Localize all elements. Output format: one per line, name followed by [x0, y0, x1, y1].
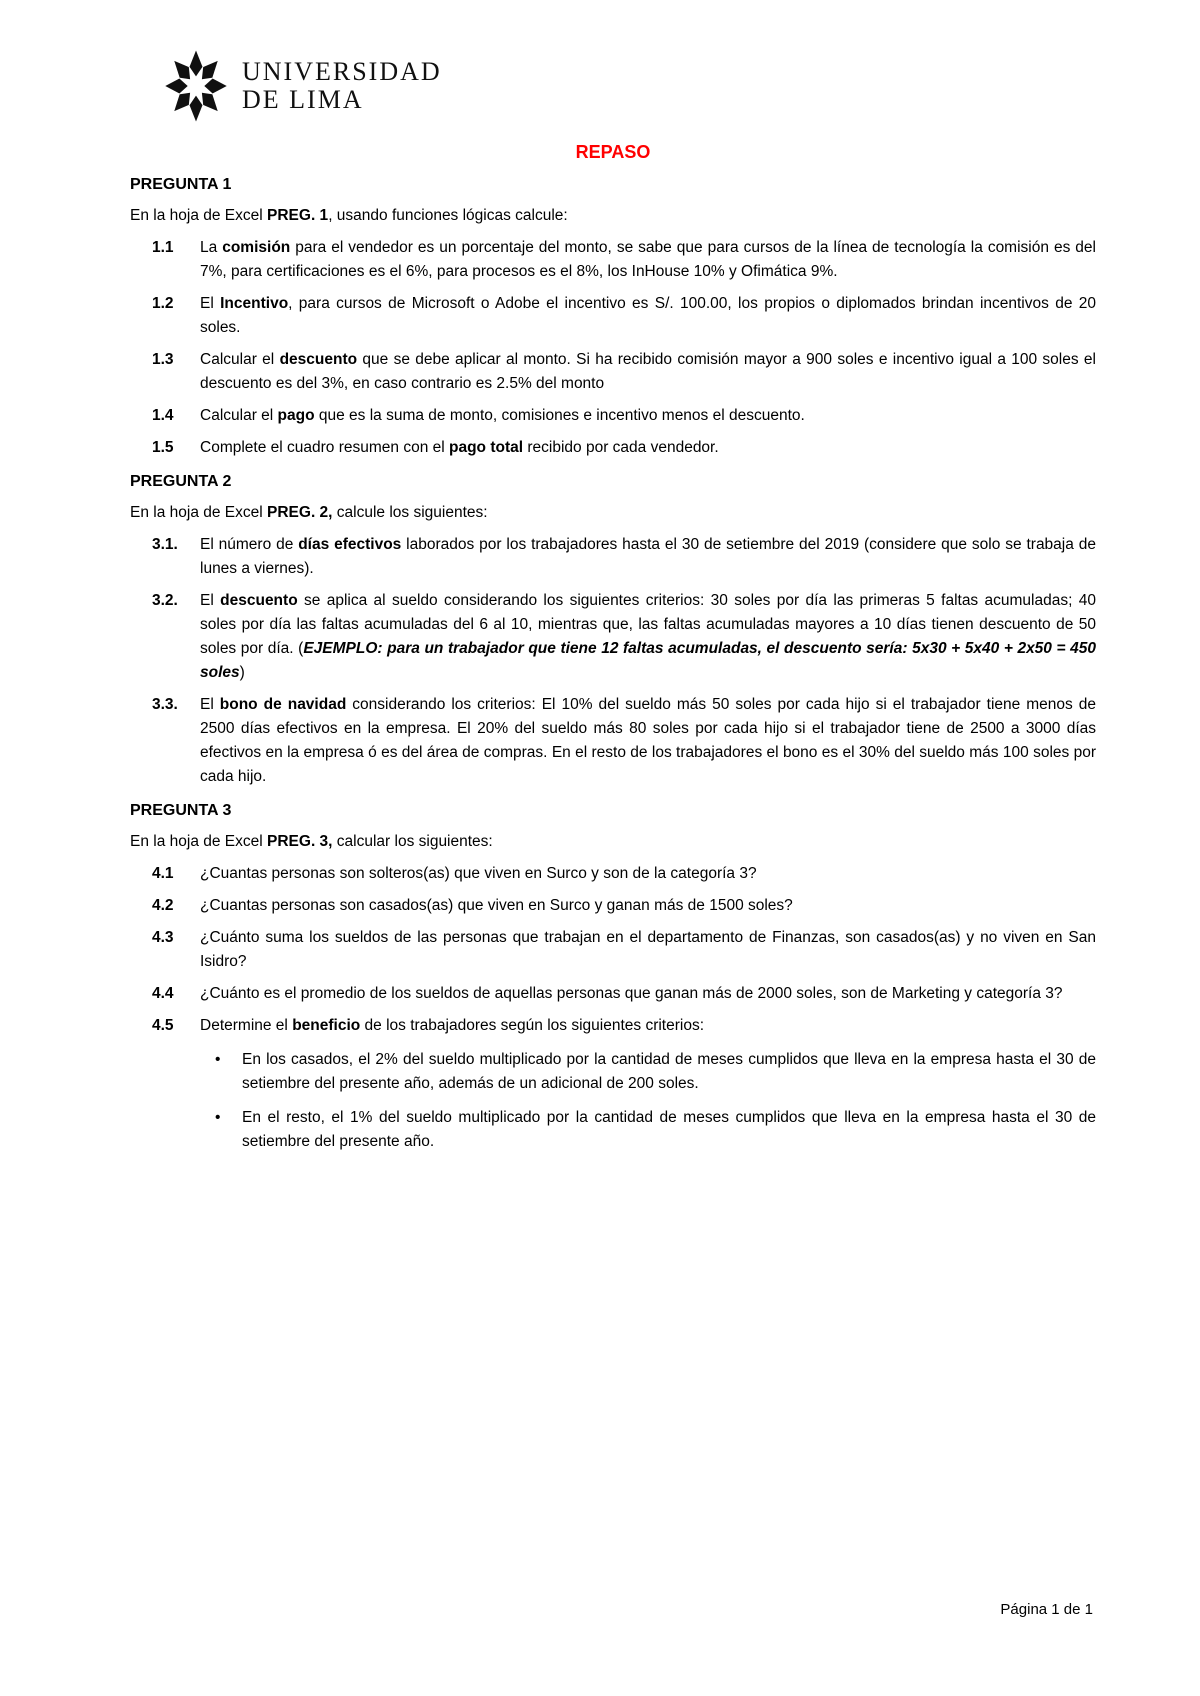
- item-number: 3.3.: [130, 693, 200, 789]
- text-segment: , para cursos de Microsoft o Adobe el in…: [200, 295, 1096, 336]
- text-segment-bold: comisión: [222, 239, 290, 256]
- text-segment: En la hoja de Excel: [130, 833, 267, 850]
- text-segment: El: [200, 592, 220, 609]
- document-page: UNIVERSIDAD DE LIMA REPASO PREGUNTA 1 En…: [0, 0, 1200, 1154]
- item-number: 4.2: [130, 894, 200, 918]
- item-text: Complete el cuadro resumen con el pago t…: [200, 436, 1096, 460]
- text-segment-bold: pago: [278, 407, 315, 424]
- item-text: ¿Cuantas personas son solteros(as) que v…: [200, 862, 1096, 886]
- question-item: 1.4 Calcular el pago que es la suma de m…: [130, 404, 1096, 428]
- question-item: 4.3 ¿Cuánto suma los sueldos de las pers…: [130, 926, 1096, 974]
- text-segment: El: [200, 696, 220, 713]
- section-heading: PREGUNTA 2: [130, 471, 1096, 492]
- bullet-text: En el resto, el 1% del sueldo multiplica…: [242, 1106, 1096, 1154]
- university-logo: UNIVERSIDAD DE LIMA: [164, 45, 1096, 127]
- document-title: REPASO: [130, 141, 1096, 163]
- text-segment: ¿Cuantas personas son solteros(as) que v…: [200, 865, 757, 882]
- university-logo-wordmark: UNIVERSIDAD DE LIMA: [242, 58, 442, 114]
- bullet-item: • En el resto, el 1% del sueldo multipli…: [215, 1106, 1096, 1154]
- item-text: ¿Cuánto suma los sueldos de las personas…: [200, 926, 1096, 974]
- item-number: 3.2.: [130, 589, 200, 685]
- text-segment: En la hoja de Excel: [130, 207, 267, 224]
- item-number: 1.3: [130, 348, 200, 396]
- text-segment-bold: bono de navidad: [220, 696, 347, 713]
- item-text: El bono de navidad considerando los crit…: [200, 693, 1096, 789]
- logo-line-1: UNIVERSIDAD: [242, 58, 442, 86]
- text-segment: calcule los siguientes:: [332, 504, 487, 521]
- item-text: ¿Cuánto es el promedio de los sueldos de…: [200, 982, 1096, 1006]
- text-segment: Determine el: [200, 1017, 292, 1034]
- item-number: 1.5: [130, 436, 200, 460]
- text-segment-bold: descuento: [280, 351, 358, 368]
- text-segment: recibido por cada vendedor.: [523, 439, 719, 456]
- bullet-icon: •: [215, 1048, 242, 1096]
- text-segment: de los trabajadores según los siguientes…: [360, 1017, 704, 1034]
- text-segment: calcular los siguientes:: [332, 833, 492, 850]
- text-segment-bold-italic: EJEMPLO: para un trabajador que tiene 12…: [200, 640, 1096, 681]
- text-segment: que es la suma de monto, comisiones e in…: [315, 407, 805, 424]
- text-segment: En los casados, el 2% del sueldo multipl…: [242, 1051, 1096, 1092]
- section-pregunta-1: PREGUNTA 1 En la hoja de Excel PREG. 1, …: [130, 174, 1096, 460]
- section-heading: PREGUNTA 3: [130, 800, 1096, 821]
- bullet-list: • En los casados, el 2% del sueldo multi…: [130, 1048, 1096, 1154]
- item-number: 1.4: [130, 404, 200, 428]
- text-segment-bold: PREG. 3,: [267, 833, 332, 850]
- text-segment: El: [200, 295, 220, 312]
- item-number: 3.1.: [130, 533, 200, 581]
- question-item: 1.3 Calcular el descuento que se debe ap…: [130, 348, 1096, 396]
- text-segment: ¿Cuánto es el promedio de los sueldos de…: [200, 985, 1063, 1002]
- question-item: 1.2 El Incentivo, para cursos de Microso…: [130, 292, 1096, 340]
- text-segment-bold: días efectivos: [298, 536, 401, 553]
- bullet-icon: •: [215, 1106, 242, 1154]
- item-text: La comisión para el vendedor es un porce…: [200, 236, 1096, 284]
- section-pregunta-3: PREGUNTA 3 En la hoja de Excel PREG. 3, …: [130, 800, 1096, 1154]
- section-intro: En la hoja de Excel PREG. 3, calcular lo…: [130, 830, 1096, 854]
- item-number: 4.4: [130, 982, 200, 1006]
- item-text: Calcular el descuento que se debe aplica…: [200, 348, 1096, 396]
- text-segment-bold: Incentivo: [220, 295, 288, 312]
- item-text: Determine el beneficio de los trabajador…: [200, 1014, 1096, 1038]
- text-segment: Calcular el: [200, 351, 280, 368]
- question-item: 1.5 Complete el cuadro resumen con el pa…: [130, 436, 1096, 460]
- section-heading: PREGUNTA 1: [130, 174, 1096, 195]
- text-segment-bold: PREG. 1: [267, 207, 328, 224]
- question-item: 4.2 ¿Cuantas personas son casados(as) qu…: [130, 894, 1096, 918]
- bullet-item: • En los casados, el 2% del sueldo multi…: [215, 1048, 1096, 1096]
- text-segment: ): [240, 664, 245, 681]
- text-segment: El número de: [200, 536, 298, 553]
- question-item: 4.1 ¿Cuantas personas son solteros(as) q…: [130, 862, 1096, 886]
- text-segment: ¿Cuánto suma los sueldos de las personas…: [200, 929, 1096, 970]
- text-segment: En el resto, el 1% del sueldo multiplica…: [242, 1109, 1096, 1150]
- section-intro: En la hoja de Excel PREG. 2, calcule los…: [130, 501, 1096, 525]
- text-segment: La: [200, 239, 222, 256]
- item-text: El descuento se aplica al sueldo conside…: [200, 589, 1096, 685]
- text-segment-bold: pago total: [449, 439, 523, 456]
- section-intro: En la hoja de Excel PREG. 1, usando func…: [130, 204, 1096, 228]
- question-item: 1.1 La comisión para el vendedor es un p…: [130, 236, 1096, 284]
- logo-line-2: DE LIMA: [242, 86, 442, 114]
- text-segment: ¿Cuantas personas son casados(as) que vi…: [200, 897, 793, 914]
- page-number: Página 1 de 1: [1000, 1601, 1093, 1618]
- item-number: 4.3: [130, 926, 200, 974]
- question-item: 3.2. El descuento se aplica al sueldo co…: [130, 589, 1096, 685]
- item-text: El Incentivo, para cursos de Microsoft o…: [200, 292, 1096, 340]
- text-segment: para el vendedor es un porcentaje del mo…: [200, 239, 1096, 280]
- item-text: ¿Cuantas personas son casados(as) que vi…: [200, 894, 1096, 918]
- item-number: 1.2: [130, 292, 200, 340]
- question-item: 4.4 ¿Cuánto es el promedio de los sueldo…: [130, 982, 1096, 1006]
- university-star-icon: [164, 49, 228, 123]
- question-item: 3.3. El bono de navidad considerando los…: [130, 693, 1096, 789]
- question-item: 4.5 Determine el beneficio de los trabaj…: [130, 1014, 1096, 1038]
- item-number: 1.1: [130, 236, 200, 284]
- section-pregunta-2: PREGUNTA 2 En la hoja de Excel PREG. 2, …: [130, 471, 1096, 789]
- text-segment: , usando funciones lógicas calcule:: [328, 207, 568, 224]
- text-segment: En la hoja de Excel: [130, 504, 267, 521]
- page-footer: Página 1 de 1: [0, 1600, 1093, 1620]
- item-text: El número de días efectivos laborados po…: [200, 533, 1096, 581]
- item-number: 4.5: [130, 1014, 200, 1038]
- question-item: 3.1. El número de días efectivos laborad…: [130, 533, 1096, 581]
- item-number: 4.1: [130, 862, 200, 886]
- text-segment: Calcular el: [200, 407, 278, 424]
- text-segment-bold: beneficio: [292, 1017, 360, 1034]
- text-segment: Complete el cuadro resumen con el: [200, 439, 449, 456]
- text-segment-bold: PREG. 2,: [267, 504, 332, 521]
- item-text: Calcular el pago que es la suma de monto…: [200, 404, 1096, 428]
- bullet-text: En los casados, el 2% del sueldo multipl…: [242, 1048, 1096, 1096]
- text-segment-bold: descuento: [220, 592, 298, 609]
